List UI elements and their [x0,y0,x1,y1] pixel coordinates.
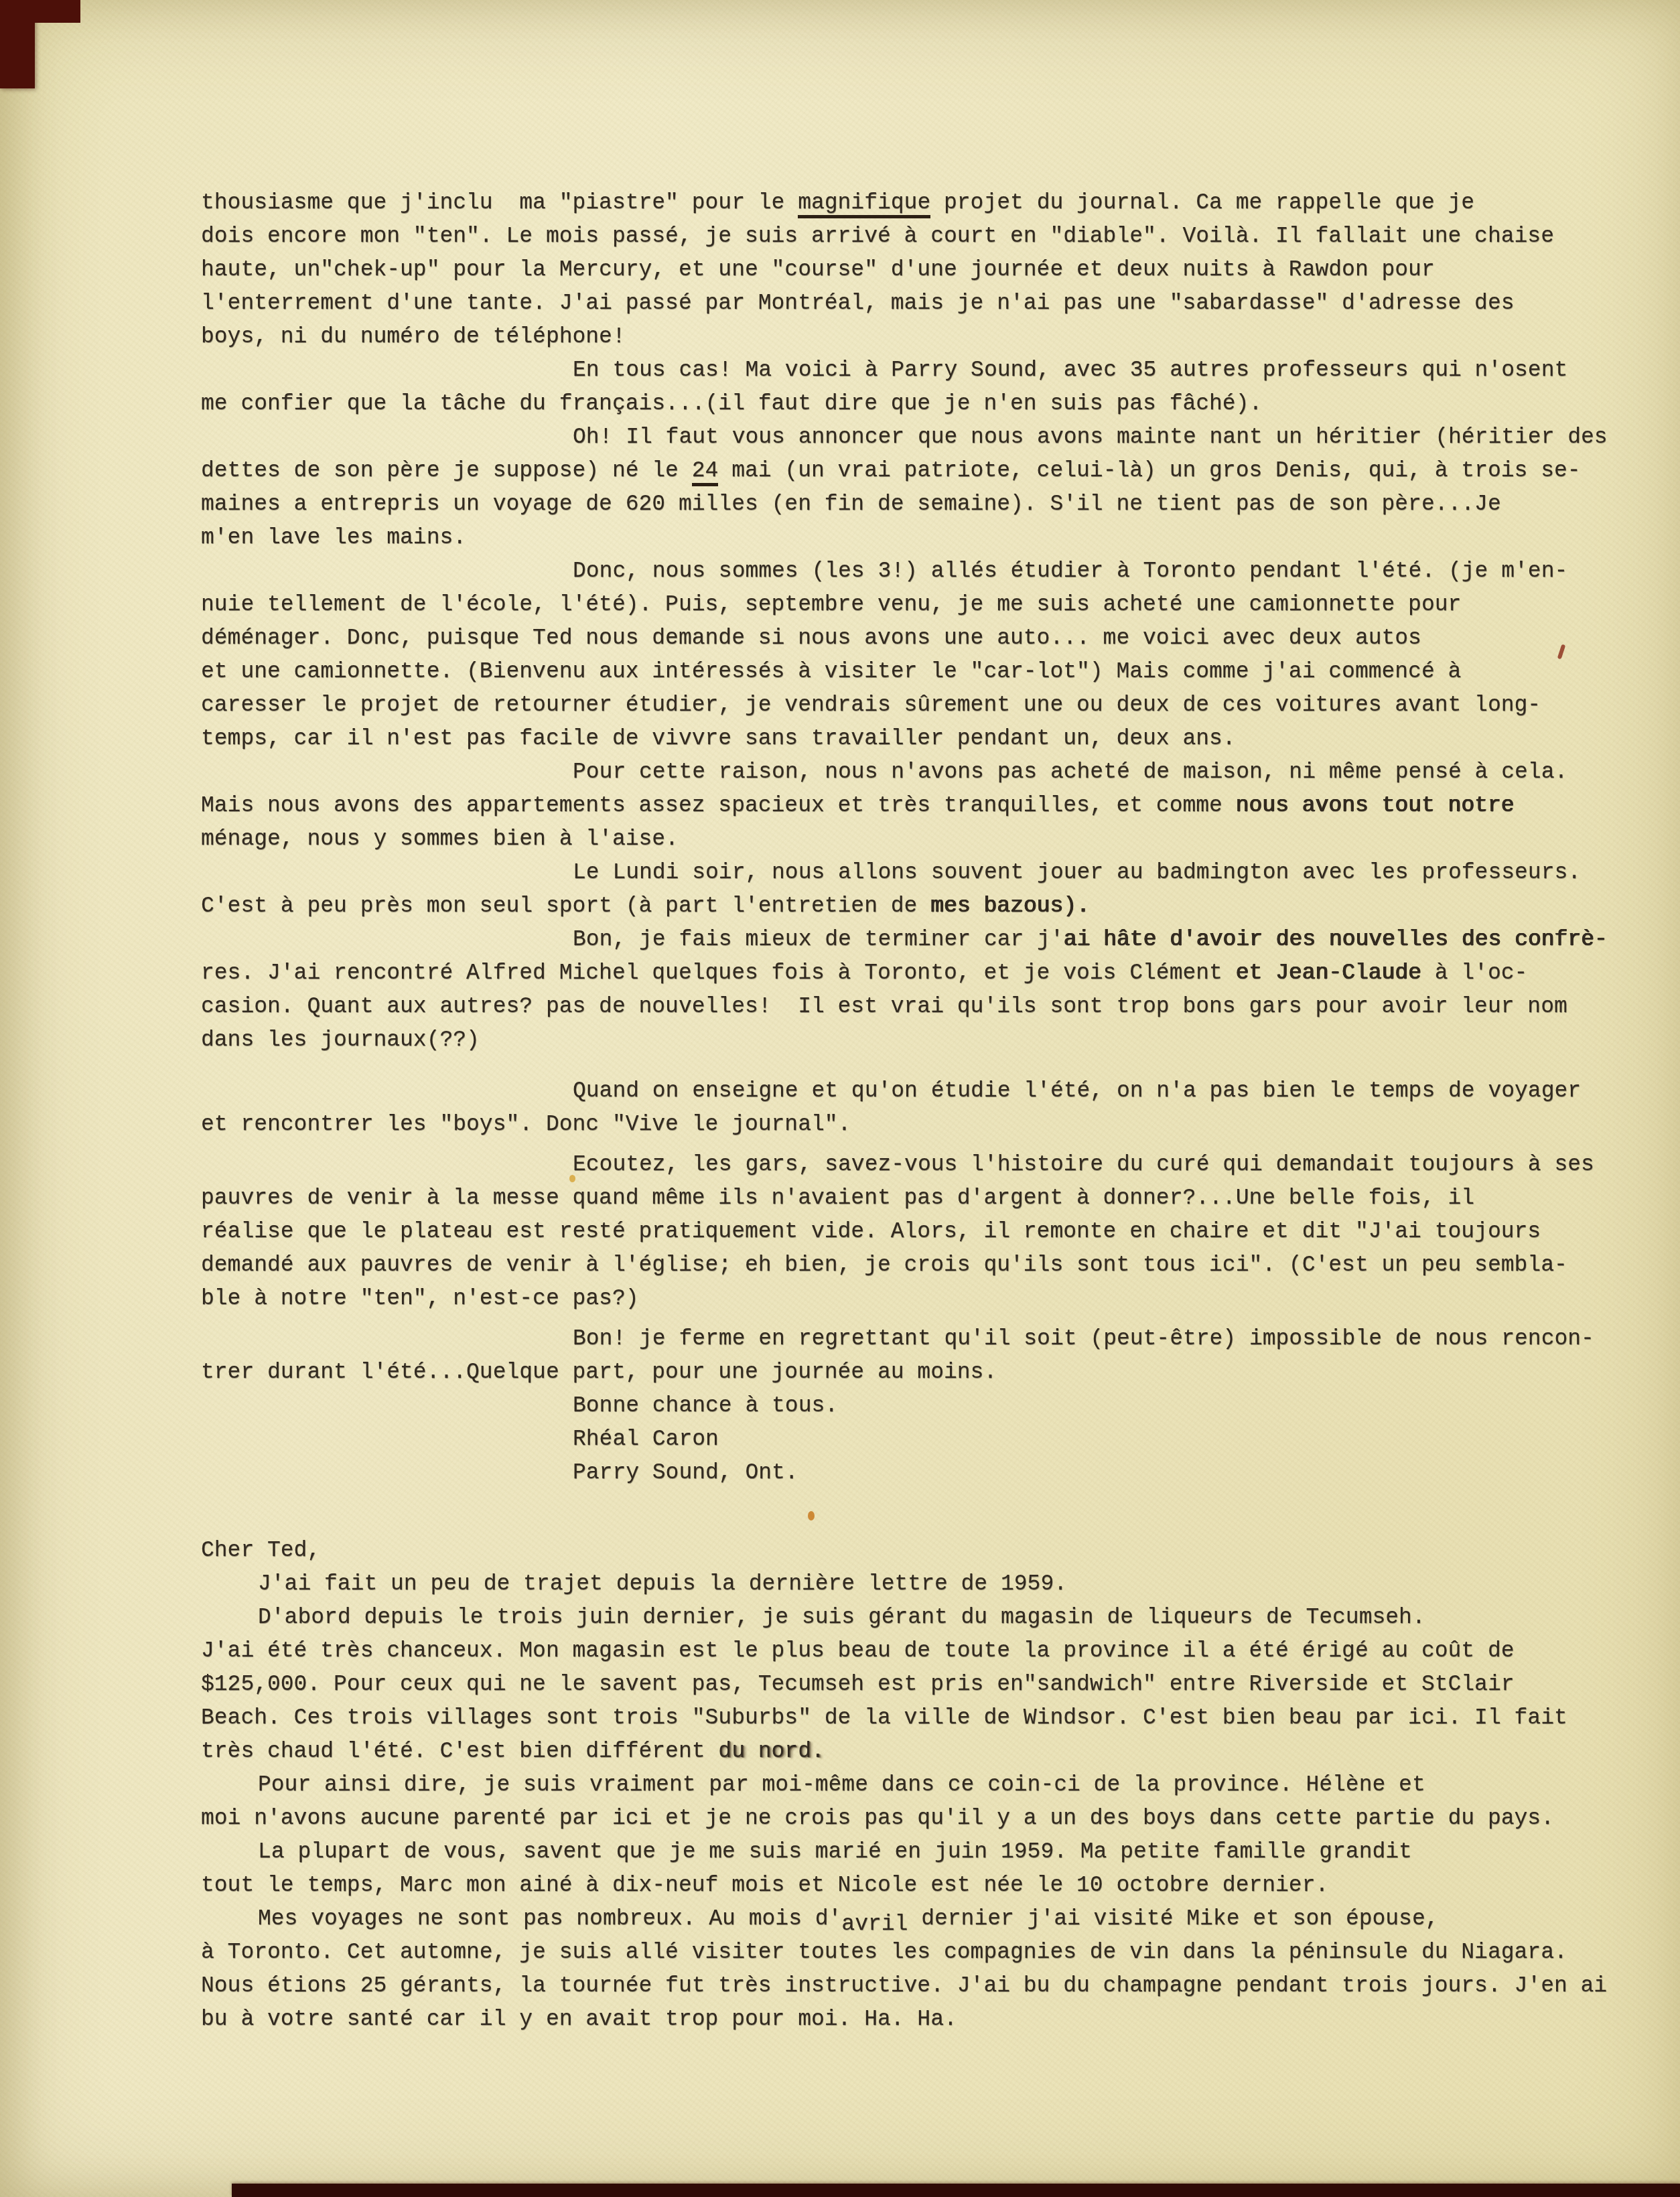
text-run: bu à votre santé car il y en avait trop … [201,2007,957,2032]
letter-line: res. J'ai rencontré Alfred Michel quelqu… [201,956,1648,990]
letter-line: D'abord depuis le trois juin dernier, je… [201,1601,1648,1634]
letter-line: l'enterrement d'une tante. J'ai passé pa… [201,287,1648,320]
text-run: dernier j'ai visité Mike et son épouse, [908,1906,1438,1931]
letter-line: Oh! Il faut vous annoncer que nous avons… [201,421,1648,454]
text-run: Bon, je fais mieux de terminer car j' [573,927,1064,952]
text-run: ble à notre "ten", n'est-ce pas?) [201,1286,639,1311]
text-run: très chaud l'été. C'est bien différent [201,1739,718,1764]
text-run: Le Lundi soir, nous allons souvent jouer… [573,860,1581,885]
letter-line: réalise que le plateau est resté pratiqu… [201,1215,1648,1249]
letter-line: Mais nous avons des appartements assez s… [201,789,1648,823]
text-run: mai (un vrai patriote, celui-là) un gros… [718,458,1580,483]
letter-line: à Toronto. Cet automne, je suis allé vis… [201,1936,1648,1969]
letter-line: me confier que la tâche du français...(i… [201,387,1648,421]
letter-line: Nous étions 25 gérants, la tournée fut t… [201,1969,1648,2003]
text-run: caresser le projet de retourner étudier,… [201,693,1541,717]
letter-line: dettes de son père je suppose) né le 24 … [201,454,1648,488]
text-run: Rhéal Caron [573,1427,719,1451]
text-run: réalise que le plateau est resté pratiqu… [201,1219,1541,1244]
text-run: Mais nous avons des appartements assez s… [201,793,1236,818]
text-run: demandé aux pauvres de venir à l'église;… [201,1253,1567,1277]
text-run: J'ai été très chanceux. Mon magasin est … [201,1638,1515,1663]
text-run: me confier que la tâche du français...(i… [201,391,1262,416]
scanned-letter-page: thousiasme que j'inclu ma "piastre" pour… [0,0,1680,2197]
text-run: projet du journal. Ca me rappelle que je [930,190,1474,215]
text-run: Beach. Ces trois villages sont trois "Su… [201,1705,1567,1730]
letter-line: J'ai été très chanceux. Mon magasin est … [201,1634,1648,1668]
red-corner-mark-horizontal [0,0,80,23]
letter-line: En tous cas! Ma voici à Parry Sound, ave… [201,354,1648,387]
letter-line: Pour cette raison, nous n'avons pas ache… [201,756,1648,789]
letter-line: J'ai fait un peu de trajet depuis la der… [201,1567,1648,1601]
text-run: Oh! Il faut vous annoncer que nous avons… [573,425,1608,449]
letter-separator-gap [201,1490,1648,1534]
letter-line: Donc, nous sommes (les 3!) allés étudier… [201,555,1648,588]
letter-line: m'en lave les mains. [201,521,1648,555]
text-run: Quand on enseigne et qu'on étudie l'été,… [573,1078,1581,1103]
text-run-b: mes bazous). [930,894,1090,918]
letter-line: trer durant l'été...Quelque part, pour u… [201,1356,1648,1389]
letter-line: dans les journaux(??) [201,1023,1648,1057]
letter-line: déménager. Donc, puisque Ted nous demand… [201,622,1648,655]
text-run: res. J'ai rencontré Alfred Michel quelqu… [201,961,1236,985]
letter-line: tout le temps, Marc mon ainé à dix-neuf … [201,1869,1648,1902]
text-run: J'ai fait un peu de trajet depuis la der… [258,1571,1067,1596]
letter-line: moi n'avons aucune parenté par ici et je… [201,1802,1648,1835]
text-run-sm: du nord. [718,1739,824,1764]
text-run: dettes de son père je suppose) né le [201,458,692,483]
text-run: Bon! je ferme en regrettant qu'il soit (… [573,1326,1594,1351]
letter-line: caresser le projet de retourner étudier,… [201,689,1648,722]
text-run: Nous étions 25 gérants, la tournée fut t… [201,1973,1607,1998]
letter-line: thousiasme que j'inclu ma "piastre" pour… [201,186,1648,220]
text-run: trer durant l'été...Quelque part, pour u… [201,1360,997,1385]
letter-line: boys, ni du numéro de téléphone! [201,320,1648,354]
text-run: Pour cette raison, nous n'avons pas ache… [573,760,1567,784]
text-run: maines a entrepris un voyage de 620 mill… [201,492,1501,516]
letter-line: Bon, je fais mieux de terminer car j'ai … [201,923,1648,956]
text-run: pauvres de venir à la messe quand même i… [201,1186,1474,1210]
text-run: ménage, nous y sommes bien à l'aise. [201,827,679,851]
letter-line: Mes voyages ne sont pas nombreux. Au moi… [201,1902,1648,1936]
text-run-u: 24 [692,458,719,486]
text-run: et une camionnette. (Bienvenu aux intére… [201,659,1461,684]
text-run-b: ai hâte d'avoir des nouvelles des confrè… [1064,927,1608,952]
text-run: déménager. Donc, puisque Ted nous demand… [201,626,1421,650]
letter-text-block: thousiasme que j'inclu ma "piastre" pour… [201,186,1648,2036]
letter-line: Pour ainsi dire, je suis vraiment par mo… [201,1768,1648,1802]
text-run: à Toronto. Cet automne, je suis allé vis… [201,1940,1567,1965]
letter-line: et une camionnette. (Bienvenu aux intére… [201,655,1648,689]
text-run: Donc, nous sommes (les 3!) allés étudier… [573,559,1567,583]
letter-line: Le Lundi soir, nous allons souvent jouer… [201,856,1648,890]
letter-line: dois encore mon "ten". Le mois passé, je… [201,220,1648,253]
text-run-b: nous avons tout notre [1236,793,1515,818]
text-run: Ecoutez, les gars, savez-vous l'histoire… [573,1152,1594,1177]
text-run: $125,000. Pour ceux qui ne le savent pas… [201,1672,1515,1697]
text-run: dois encore mon "ten". Le mois passé, je… [201,224,1554,249]
letter-line: maines a entrepris un voyage de 620 mill… [201,488,1648,521]
letter-line: Beach. Ces trois villages sont trois "Su… [201,1701,1648,1735]
letter-line: casion. Quant aux autres? pas de nouvell… [201,990,1648,1023]
text-run: Bonne chance à tous. [573,1393,838,1418]
letter-line: Cher Ted, [201,1534,1648,1567]
text-run-u: magnifique [798,190,930,218]
text-run: Pour ainsi dire, je suis vraiment par mo… [258,1772,1425,1797]
letter-line: Quand on enseigne et qu'on étudie l'été,… [201,1074,1648,1108]
letter-line: Parry Sound, Ont. [201,1456,1648,1490]
letter-line: pauvres de venir à la messe quand même i… [201,1182,1648,1215]
letter-line: La plupart de vous, savent que je me sui… [201,1835,1648,1869]
letter-line: Ecoutez, les gars, savez-vous l'histoire… [201,1148,1648,1182]
scan-bottom-edge-strip [232,2184,1680,2197]
text-run: haute, un"chek-up" pour la Mercury, et u… [201,257,1435,282]
text-run: nuie tellement de l'école, l'été). Puis,… [201,592,1461,617]
letter-line: ble à notre "ten", n'est-ce pas?) [201,1282,1648,1316]
text-run: m'en lave les mains. [201,525,466,550]
text-run: C'est à peu près mon seul sport (à part … [201,894,930,918]
letter-line: Rhéal Caron [201,1423,1648,1456]
text-run: casion. Quant aux autres? pas de nouvell… [201,994,1567,1019]
text-run: moi n'avons aucune parenté par ici et je… [201,1806,1554,1831]
text-run: Cher Ted, [201,1538,320,1563]
text-run: boys, ni du numéro de téléphone! [201,324,626,349]
text-run: l'enterrement d'une tante. J'ai passé pa… [201,291,1515,315]
text-run: et rencontrer les "boys". Donc "Vive le … [201,1112,851,1137]
letter-line: très chaud l'été. C'est bien différent d… [201,1735,1648,1768]
text-run: Mes voyages ne sont pas nombreux. Au moi… [258,1906,841,1931]
letter-line: Bonne chance à tous. [201,1389,1648,1423]
text-run: thousiasme que j'inclu ma "piastre" pour… [201,190,798,215]
letter-line: et rencontrer les "boys". Donc "Vive le … [201,1108,1648,1141]
letter-line: Bon! je ferme en regrettant qu'il soit (… [201,1322,1648,1356]
letter-line: C'est à peu près mon seul sport (à part … [201,890,1648,923]
text-run: Parry Sound, Ont. [573,1460,798,1485]
letter-cher-ted: Cher Ted,J'ai fait un peu de trajet depu… [201,1534,1648,2036]
letter-line: $125,000. Pour ceux qui ne le savent pas… [201,1668,1648,1701]
text-run: D'abord depuis le trois juin dernier, je… [258,1605,1425,1630]
text-run-b: et Jean-Claude [1236,961,1421,985]
letter-line: haute, un"chek-up" pour la Mercury, et u… [201,253,1648,287]
letter-rheal-caron: thousiasme que j'inclu ma "piastre" pour… [201,186,1648,1490]
text-run: tout le temps, Marc mon ainé à dix-neuf … [201,1873,1328,1898]
text-run: La plupart de vous, savent que je me sui… [258,1839,1412,1864]
text-run: temps, car il n'est pas facile de vivvre… [201,726,1236,751]
letter-line: nuie tellement de l'école, l'été). Puis,… [201,588,1648,622]
letter-line: bu à votre santé car il y en avait trop … [201,2003,1648,2036]
text-run-dr: avril [841,1912,908,1936]
letter-line: temps, car il n'est pas facile de vivvre… [201,722,1648,756]
letter-line: ménage, nous y sommes bien à l'aise. [201,823,1648,856]
text-run: En tous cas! Ma voici à Parry Sound, ave… [573,358,1567,382]
letter-line: demandé aux pauvres de venir à l'église;… [201,1249,1648,1282]
text-run: à l'oc- [1421,961,1527,985]
text-run: dans les journaux(??) [201,1027,480,1052]
